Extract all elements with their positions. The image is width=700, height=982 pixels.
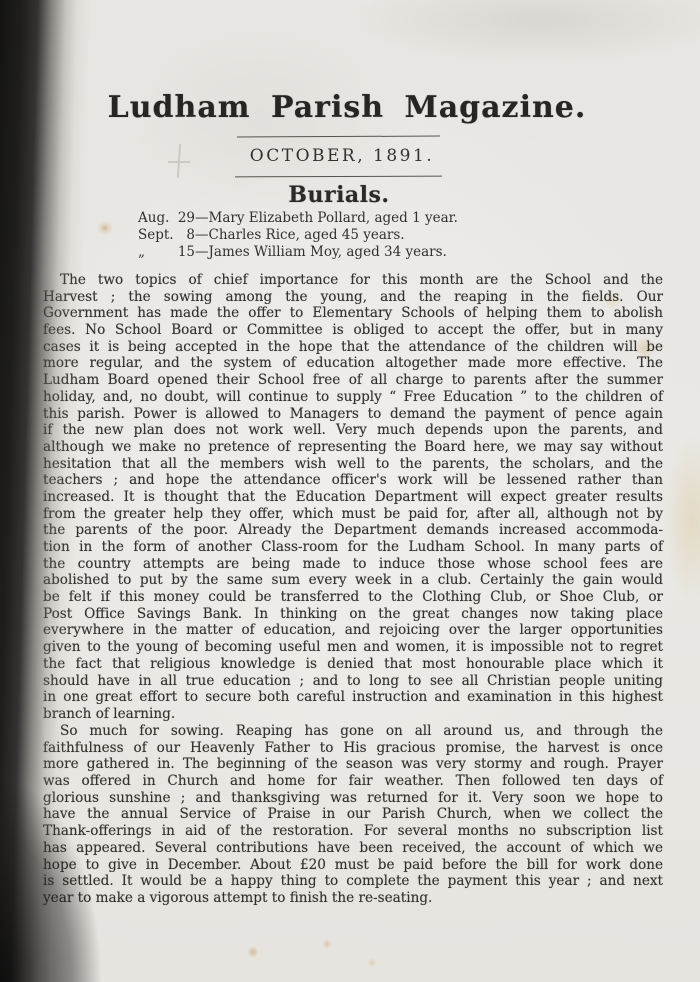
text-line: has appeared. Several contributions have… — [43, 840, 663, 857]
text-line: although we make no pretence of represen… — [43, 439, 663, 456]
burial-month: Sept. — [138, 227, 175, 244]
divider-rule-bottom — [235, 176, 442, 178]
burial-day: 8 — [175, 227, 195, 244]
text-line: if the new plan does not work well. Very… — [43, 422, 663, 439]
text-line: abolished to put by the same sum every w… — [43, 572, 663, 589]
burials-heading: Burials. — [29, 182, 649, 208]
text-line: given to the young of becoming useful me… — [43, 639, 663, 656]
text-line: is settled. It would be a happy thing to… — [43, 873, 663, 890]
page-content: Ludham Parish Magazine. OCTOBER, 1891. B… — [43, 0, 663, 982]
body-paragraph-1: The two topics of chief importance for t… — [43, 272, 663, 723]
text-line: hesitation that all the members wish wel… — [43, 456, 663, 473]
text-line: Harvest ; the sowing among the young, an… — [43, 289, 663, 306]
text-line: increased. It is thought that the Educat… — [43, 489, 663, 506]
text-line: year to make a vigorous attempt to finis… — [43, 890, 663, 907]
text-line: holiday, and, no doubt, will continue to… — [43, 389, 663, 406]
text-line: the parents of the poor. Already the Dep… — [43, 522, 663, 539]
text-line: the fact that religious knowledge is den… — [43, 656, 663, 673]
burial-entry: Sept.8—Charles Rice, aged 45 years. — [138, 227, 458, 244]
text-line: more gathered in. The beginning of the s… — [43, 756, 663, 773]
text-line: be felt if this money could be transferr… — [43, 589, 663, 606]
text-line: The two topics of chief importance for t… — [43, 272, 663, 289]
text-line: glorious sunshine ; and thanksgiving was… — [43, 790, 663, 807]
burial-entry: Aug.29—Mary Elizabeth Pollard, aged 1 ye… — [138, 210, 458, 227]
text-line: faithfulness of our Heavenly Father to H… — [43, 740, 663, 757]
burial-day: 15 — [175, 244, 195, 261]
burial-details: —Mary Elizabeth Pollard, aged 1 year. — [195, 210, 458, 226]
text-line: have the annual Service of Praise in our… — [43, 806, 663, 823]
text-line: the country attempts are being made to i… — [43, 556, 663, 573]
text-line: Ludham Board opened their School free of… — [43, 372, 663, 389]
divider-rule-top — [237, 136, 440, 138]
text-line: this parish. Power is allowed to Manager… — [43, 406, 663, 423]
text-line: teachers ; and hope the attendance offic… — [43, 472, 663, 489]
text-line: tion in the form of another Class-room f… — [43, 539, 663, 556]
burial-entry: „15—James William Moy, aged 34 years. — [138, 244, 458, 261]
burial-details: —Charles Rice, aged 45 years. — [195, 227, 405, 243]
text-line: from the greater help they offer, which … — [43, 506, 663, 523]
burials-list: Aug.29—Mary Elizabeth Pollard, aged 1 ye… — [138, 210, 458, 260]
burial-month: Aug. — [138, 210, 175, 227]
text-line: Government has made the offer to Element… — [43, 305, 663, 322]
text-line: more regular, and the system of educatio… — [43, 355, 663, 372]
text-line: should have in all true education ; and … — [43, 673, 663, 690]
burial-month: „ — [138, 244, 175, 261]
burial-details: —James William Moy, aged 34 years. — [195, 244, 447, 260]
magazine-title: Ludham Parish Magazine. — [37, 90, 657, 125]
text-line: Post Office Savings Bank. In thinking on… — [43, 606, 663, 623]
burial-day: 29 — [175, 210, 195, 227]
text-line: hope to give in December. About £20 must… — [43, 857, 663, 874]
text-line: Thank-offerings in aid of the restoratio… — [43, 823, 663, 840]
body-paragraph-2: So much for sowing. Reaping has gone on … — [43, 723, 663, 907]
text-line: everywhere in the matter of education, a… — [43, 622, 663, 639]
issue-date: OCTOBER, 1891. — [32, 146, 652, 166]
text-line: fees. No School Board or Committee is ob… — [43, 322, 663, 339]
text-line: So much for sowing. Reaping has gone on … — [43, 723, 663, 740]
scanned-magazine-page: Ludham Parish Magazine. OCTOBER, 1891. B… — [0, 0, 700, 982]
text-line: in one great effort to secure both caref… — [43, 689, 663, 706]
text-line: was offered in Church and home for fair … — [43, 773, 663, 790]
text-line: branch of learning. — [43, 706, 663, 723]
text-line: cases it is being accepted in the hope t… — [43, 339, 663, 356]
